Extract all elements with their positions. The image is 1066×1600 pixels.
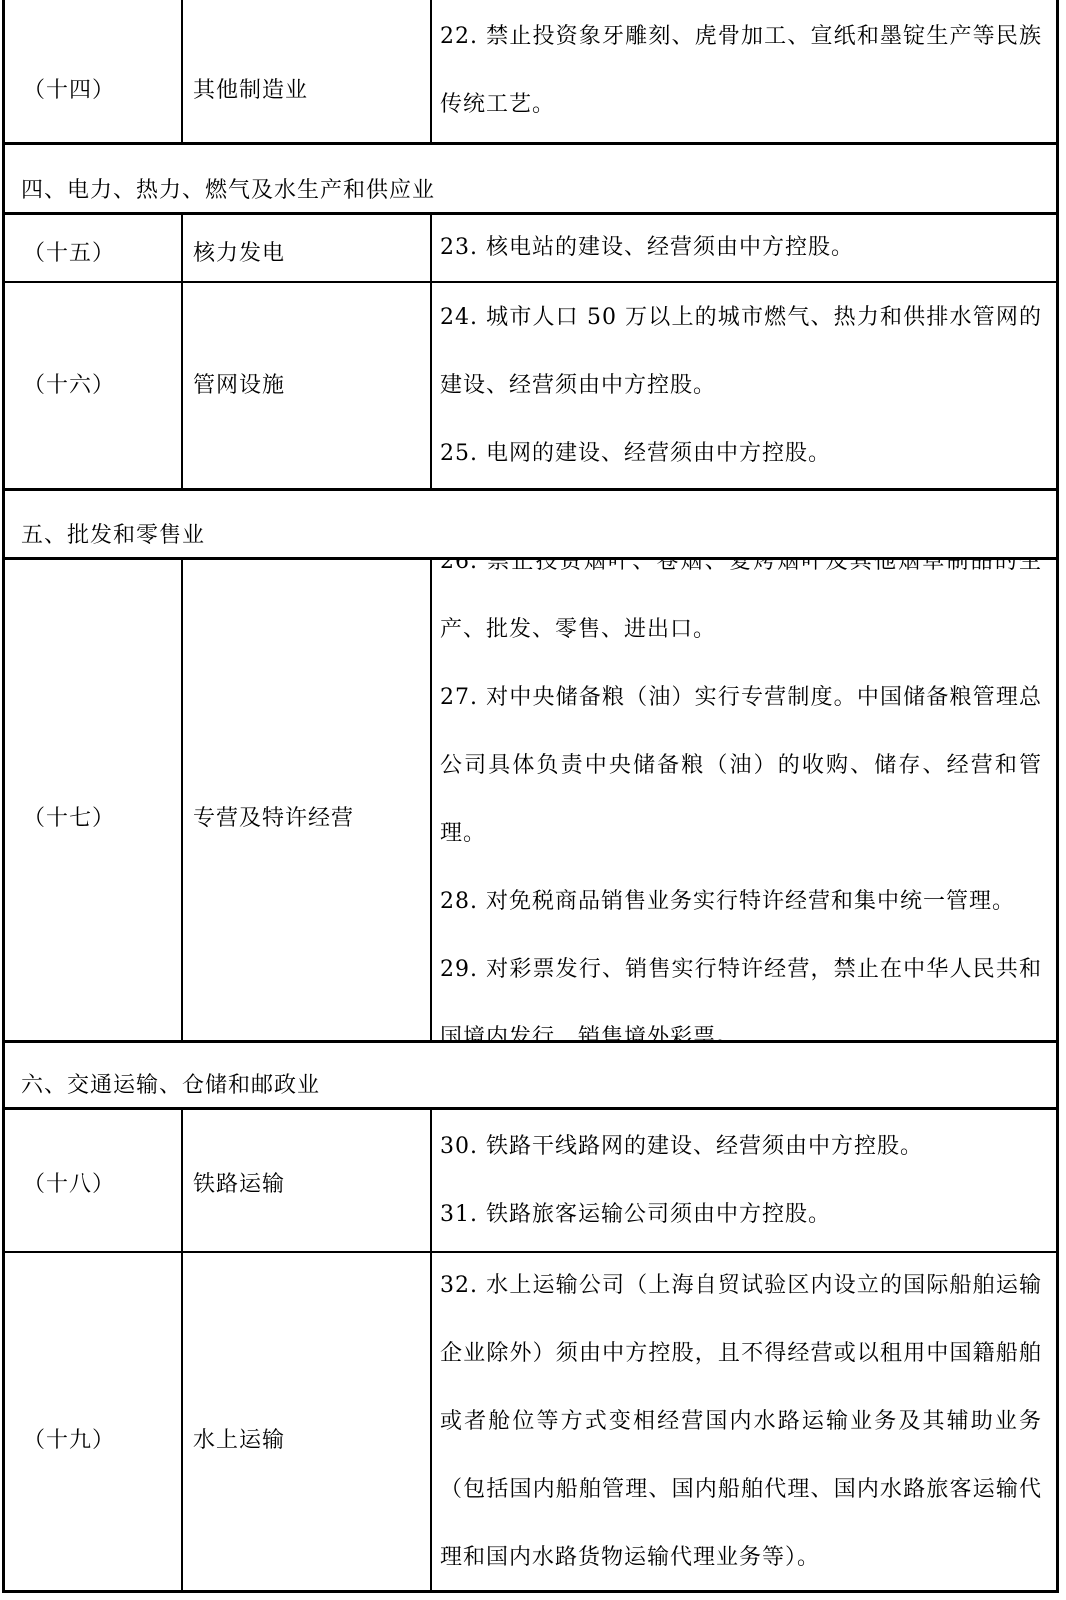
measure-item: 32. 水上运输公司（上海自贸试验区内设立的国际船舶运输企业除外）须由中方控股，… xyxy=(440,1253,1042,1590)
measure-item: 26. 禁止投资烟叶、卷烟、复烤烟叶及其他烟草制品的生产、批发、零售、进出口。 xyxy=(440,560,1042,664)
measure-item: 31. 铁路旅客运输公司须由中方控股。 xyxy=(440,1181,1042,1249)
category-cell: 管网设施 xyxy=(183,283,432,488)
row-number: （十八） xyxy=(23,1170,181,1200)
table-row-15: （十五） 核力发电 23. 核电站的建设、经营须由中方控股。 xyxy=(5,215,1056,283)
category-label: 水上运输 xyxy=(193,1426,430,1456)
row-number-cell: （十五） xyxy=(5,215,183,281)
row-number: （十四） xyxy=(23,76,181,106)
category-label: 管网设施 xyxy=(193,371,430,401)
section-title: 六、交通运输、仓储和邮政业 xyxy=(5,1071,320,1107)
measure-item: 29. 对彩票发行、销售实行特许经营，禁止在中华人民共和国境内发行、销售境外彩票… xyxy=(440,936,1042,1040)
row-number: （十六） xyxy=(23,371,181,401)
category-label: 其他制造业 xyxy=(193,76,430,106)
measure-item: 23. 核电站的建设、经营须由中方控股。 xyxy=(440,215,1042,281)
row-number: （十九） xyxy=(23,1426,181,1456)
category-cell: 水上运输 xyxy=(183,1253,432,1590)
row-number: （十五） xyxy=(23,239,181,269)
row-number: （十七） xyxy=(23,804,181,834)
category-cell: 铁路运输 xyxy=(183,1110,432,1251)
row-number-cell: （十六） xyxy=(5,283,183,488)
measure-item: 22. 禁止投资象牙雕刻、虎骨加工、宣纸和墨锭生产等民族传统工艺。 xyxy=(440,3,1042,139)
measures-cell: 22. 禁止投资象牙雕刻、虎骨加工、宣纸和墨锭生产等民族传统工艺。 xyxy=(432,0,1056,142)
table-row-16: （十六） 管网设施 24. 城市人口 50 万以上的城市燃气、热力和供排水管网的… xyxy=(5,283,1056,491)
measures-cell: 24. 城市人口 50 万以上的城市燃气、热力和供排水管网的建设、经营须由中方控… xyxy=(432,283,1056,488)
table-row-18: （十八） 铁路运输 30. 铁路干线路网的建设、经营须由中方控股。 31. 铁路… xyxy=(5,1110,1056,1253)
measures-cell: 30. 铁路干线路网的建设、经营须由中方控股。 31. 铁路旅客运输公司须由中方… xyxy=(432,1110,1056,1251)
section-title: 四、电力、热力、燃气及水生产和供应业 xyxy=(5,176,435,212)
measure-item: 28. 对免税商品销售业务实行特许经营和集中统一管理。 xyxy=(440,868,1042,936)
section-header-row-5: 五、批发和零售业 xyxy=(5,491,1056,560)
row-number-cell: （十八） xyxy=(5,1110,183,1251)
category-cell: 核力发电 xyxy=(183,215,432,281)
section-header-row-4: 四、电力、热力、燃气及水生产和供应业 xyxy=(5,145,1056,215)
category-label: 核力发电 xyxy=(193,239,430,269)
negative-list-table: （十四） 其他制造业 22. 禁止投资象牙雕刻、虎骨加工、宣纸和墨锭生产等民族传… xyxy=(2,0,1059,1593)
row-number-cell: （十七） xyxy=(5,560,183,1040)
row-number-cell: （十九） xyxy=(5,1253,183,1590)
category-label: 专营及特许经营 xyxy=(193,804,430,834)
measure-item: 27. 对中央储备粮（油）实行专营制度。中国储备粮管理总公司具体负责中央储备粮（… xyxy=(440,664,1042,868)
category-cell: 专营及特许经营 xyxy=(183,560,432,1040)
measures-cell: 26. 禁止投资烟叶、卷烟、复烤烟叶及其他烟草制品的生产、批发、零售、进出口。 … xyxy=(432,560,1056,1040)
measures-cell: 32. 水上运输公司（上海自贸试验区内设立的国际船舶运输企业除外）须由中方控股，… xyxy=(432,1253,1056,1590)
section-title: 五、批发和零售业 xyxy=(5,521,205,557)
category-label: 铁路运输 xyxy=(193,1170,430,1200)
measure-item: 30. 铁路干线路网的建设、经营须由中方控股。 xyxy=(440,1113,1042,1181)
table-row-14: （十四） 其他制造业 22. 禁止投资象牙雕刻、虎骨加工、宣纸和墨锭生产等民族传… xyxy=(5,0,1056,145)
measure-item: 25. 电网的建设、经营须由中方控股。 xyxy=(440,420,1042,488)
measure-item: 24. 城市人口 50 万以上的城市燃气、热力和供排水管网的建设、经营须由中方控… xyxy=(440,284,1042,420)
table-row-19: （十九） 水上运输 32. 水上运输公司（上海自贸试验区内设立的国际船舶运输企业… xyxy=(5,1253,1056,1593)
measures-cell: 23. 核电站的建设、经营须由中方控股。 xyxy=(432,215,1056,281)
document-page: （十四） 其他制造业 22. 禁止投资象牙雕刻、虎骨加工、宣纸和墨锭生产等民族传… xyxy=(0,0,1066,1600)
table-row-17: （十七） 专营及特许经营 26. 禁止投资烟叶、卷烟、复烤烟叶及其他烟草制品的生… xyxy=(5,560,1056,1043)
section-header-row-6: 六、交通运输、仓储和邮政业 xyxy=(5,1043,1056,1110)
row-number-cell: （十四） xyxy=(5,0,183,142)
category-cell: 其他制造业 xyxy=(183,0,432,142)
